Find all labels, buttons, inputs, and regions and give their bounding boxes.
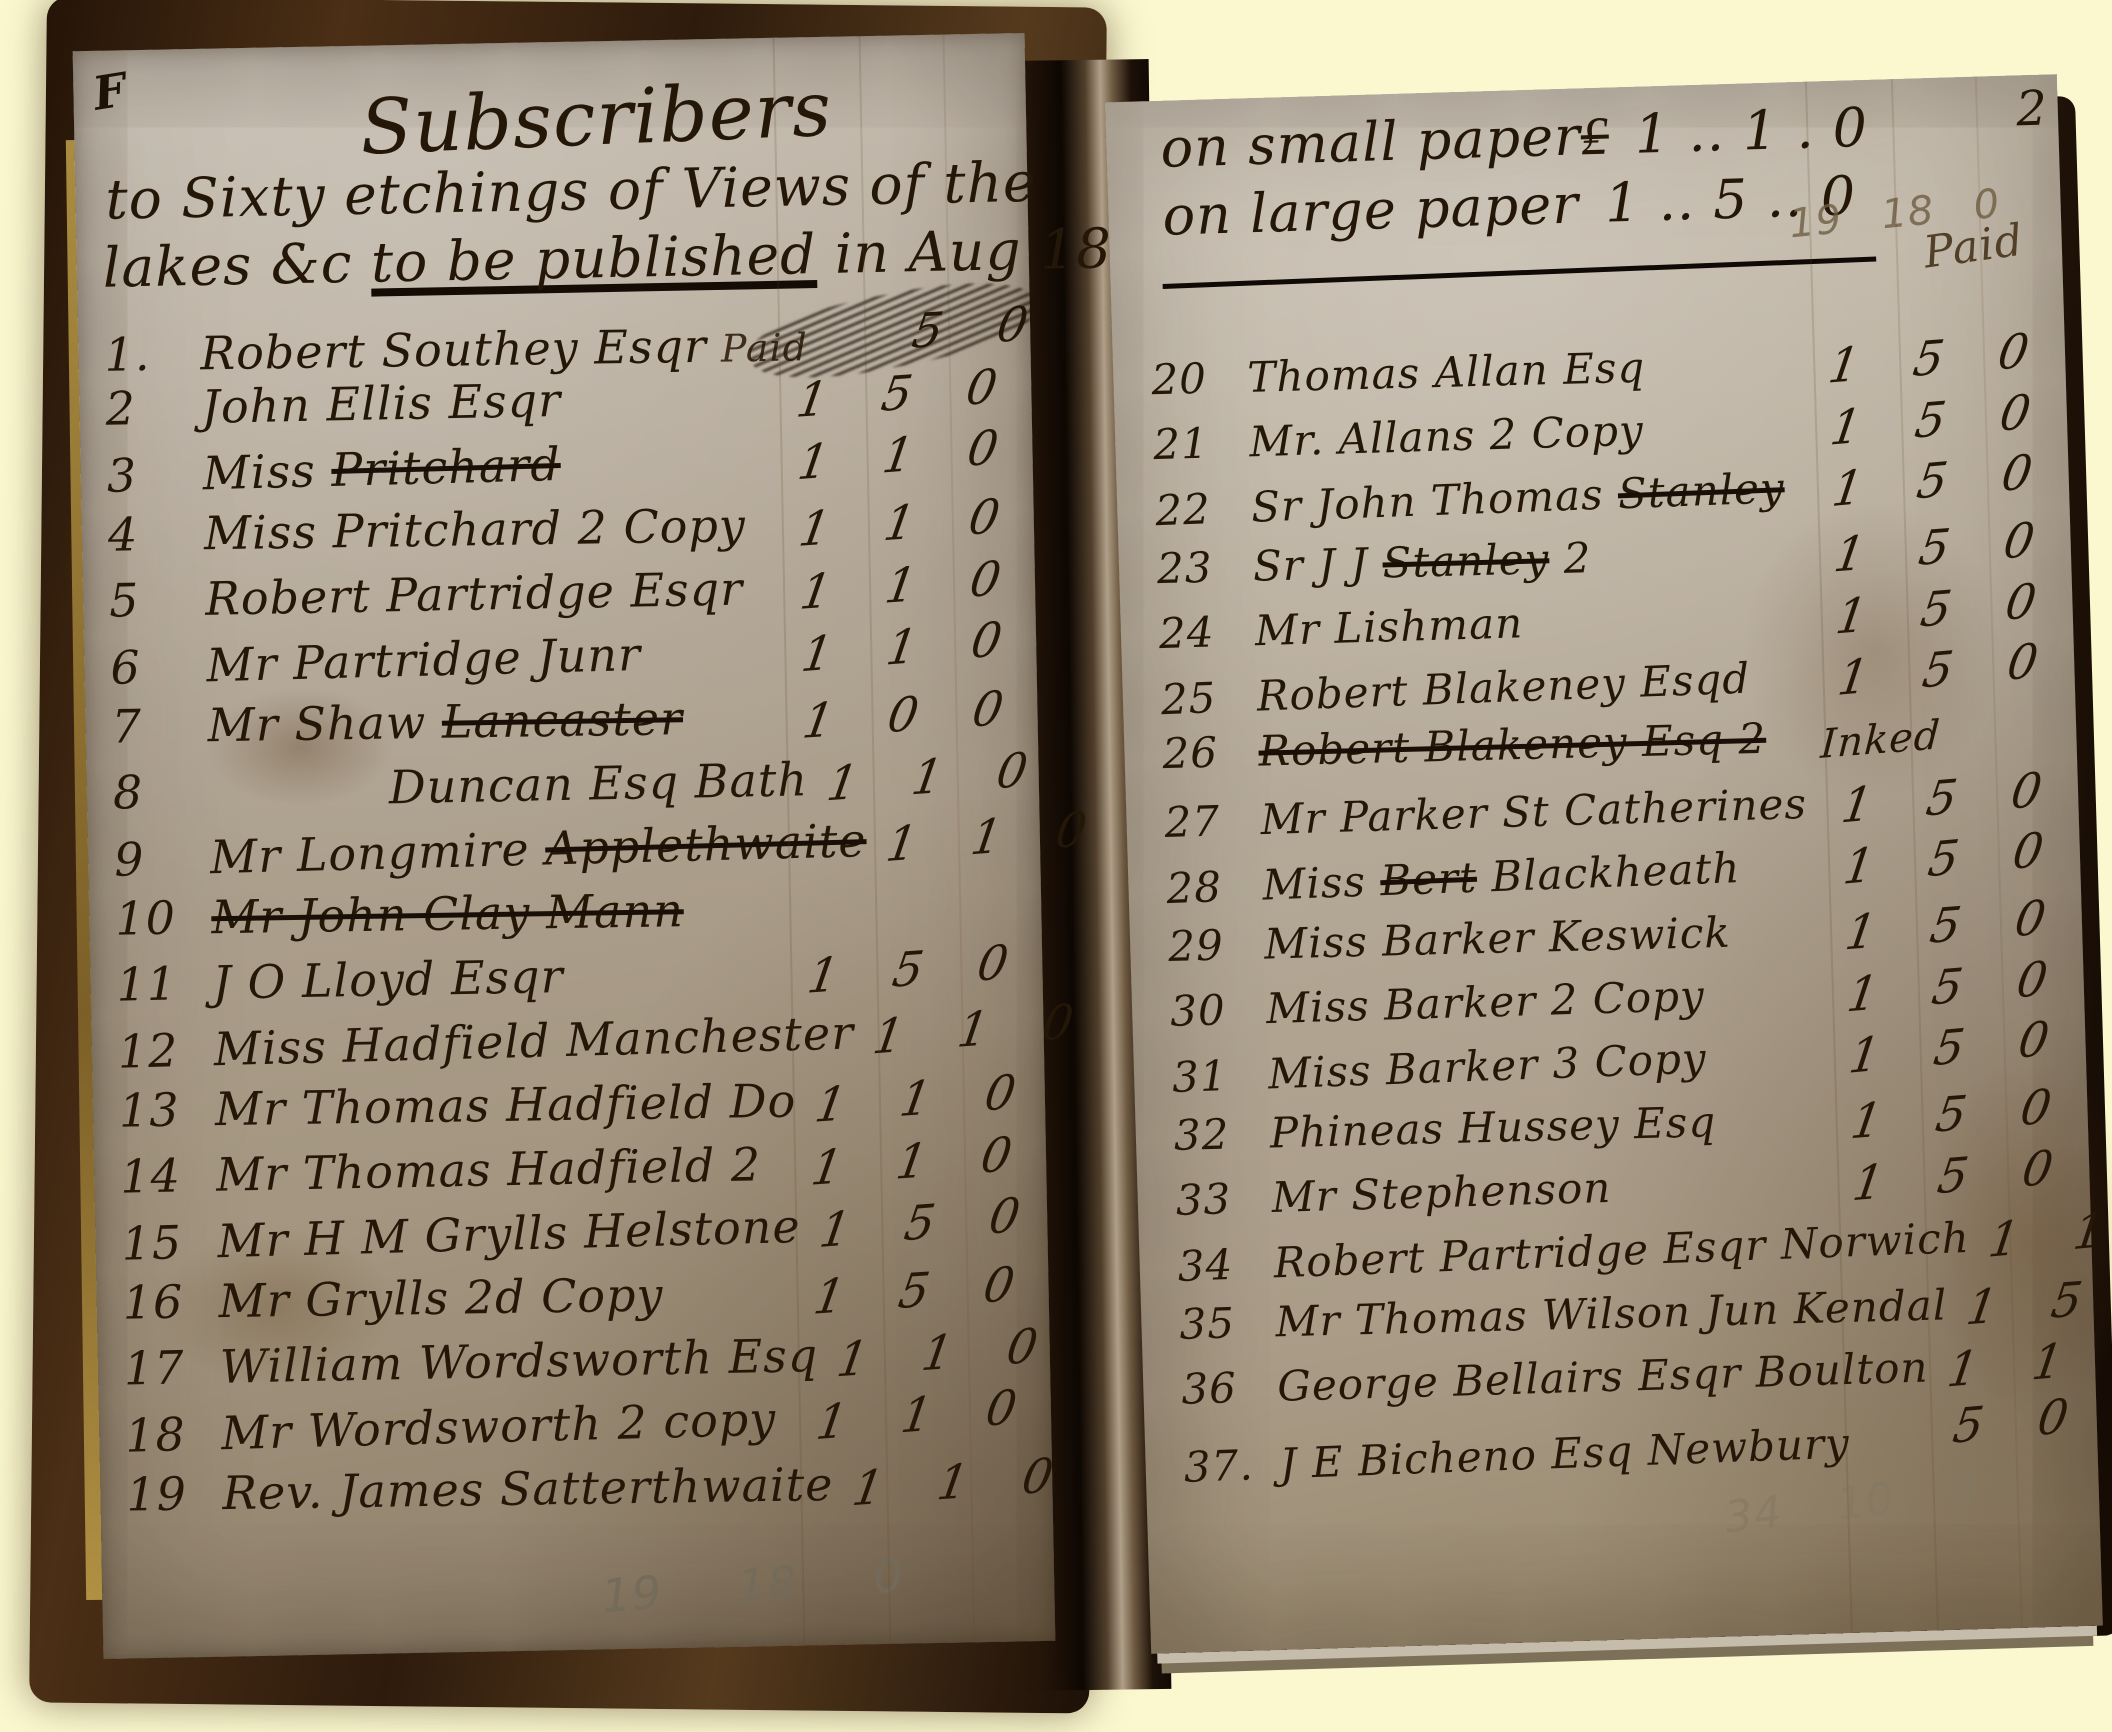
name-text: Miss Pritchard 2 Copy bbox=[204, 498, 747, 560]
subscriber-name: Duncan Esq Bath bbox=[208, 753, 808, 818]
amount-digit: 0 bbox=[949, 680, 1028, 740]
amount-digit: 0 bbox=[2015, 1387, 2092, 1449]
amount-digit: 0 bbox=[999, 1447, 1078, 1507]
entry-number: 27 bbox=[1164, 795, 1261, 847]
amount-digit: 5 bbox=[1913, 1084, 1991, 1145]
entry-amount: 110 bbox=[832, 1448, 1075, 1519]
amount-digit: 0 bbox=[954, 934, 1033, 995]
price-value: 1 .. 1 . 0 bbox=[1634, 96, 1869, 166]
amount-digit: 0 bbox=[973, 741, 1052, 802]
entry-number: 11 bbox=[116, 956, 213, 1012]
amount-digit: 1 bbox=[935, 999, 1013, 1060]
amount-digit: 0 bbox=[1980, 511, 2058, 572]
amount-digit: 1 bbox=[877, 1069, 956, 1129]
name-text-struck: Applethwaite bbox=[545, 813, 868, 875]
name-text: J O Lloyd Esqr bbox=[212, 949, 564, 1010]
amount-digit: 0 bbox=[1992, 889, 2070, 950]
name-text: 2 bbox=[1549, 533, 1592, 583]
subscriber-name: Mr Grylls 2d Copy bbox=[218, 1266, 795, 1329]
amount-digit bbox=[1846, 1402, 1923, 1464]
amount-digit: 5 bbox=[1907, 895, 1985, 956]
entry-amount: Inked bbox=[1819, 703, 2062, 767]
entry-number: 21 bbox=[1153, 417, 1250, 469]
entry-number: 7 bbox=[111, 699, 208, 754]
entry-amount: 50 bbox=[806, 296, 1049, 367]
name-text-struck: Lancaster bbox=[442, 691, 684, 749]
entry-number: 36 bbox=[1181, 1362, 1278, 1414]
amount-digit: 1 bbox=[1819, 775, 1897, 837]
amount-digit: 1 bbox=[790, 1267, 869, 1327]
entry-number: 30 bbox=[1169, 984, 1266, 1036]
name-text-struck: Mr John Clay Mann bbox=[211, 883, 684, 944]
amount-digit: 5 bbox=[1911, 1017, 1988, 1079]
subscriber-name: Mr Stephenson bbox=[1271, 1156, 1834, 1222]
ledger-entry: 19Rev. James Satterthwaite110 bbox=[126, 1454, 1039, 1532]
amount-digit: 5 bbox=[1930, 1394, 2007, 1456]
amount-digit: 1 bbox=[1811, 524, 1889, 585]
entry-amount: 110 bbox=[778, 488, 1021, 559]
name-text: Miss Barker 2 Copy bbox=[1265, 971, 1705, 1033]
entry-number: 29 bbox=[1168, 920, 1265, 971]
amount-digit: 1 bbox=[776, 499, 855, 559]
amount-digit: 0 bbox=[945, 488, 1024, 548]
amount-digit: 0 bbox=[958, 1126, 1037, 1187]
amount-digit: 0 bbox=[948, 611, 1026, 672]
amount-digit: 5 bbox=[869, 940, 948, 1001]
entry-number: 3 bbox=[106, 447, 203, 503]
amount-digit: 5 bbox=[1909, 957, 1987, 1019]
entry-amount: 150 bbox=[799, 1187, 1043, 1261]
amount-digit: 5 bbox=[1905, 828, 1982, 890]
amount-digit: 0 bbox=[1997, 1078, 2075, 1139]
amount-digit: 1 bbox=[2009, 1332, 2087, 1394]
subscriber-name: Phineas Hussey Esq bbox=[1269, 1094, 1832, 1157]
amount-digit: 1 bbox=[779, 691, 858, 751]
amount-digit: 1 bbox=[850, 1006, 928, 1067]
name-text: Mr Stephenson bbox=[1271, 1163, 1612, 1222]
subscriber-name: Robert Southey EsqrPaid bbox=[200, 318, 808, 381]
name-text: Miss bbox=[1262, 856, 1382, 909]
subscriber-name: Mr. Allans 2 Copy bbox=[1249, 401, 1812, 467]
amount-digit: 0 bbox=[1988, 761, 2066, 823]
entry-amount: 150 bbox=[1945, 1264, 2112, 1337]
amount-digit: 0 bbox=[1977, 383, 2055, 445]
subscriber-name: Miss Pritchard 2 Copy bbox=[204, 498, 781, 561]
amount-digit: 1 bbox=[792, 1075, 871, 1135]
amount-digit: 1 bbox=[899, 1323, 978, 1384]
subscriber-name: Miss Barker 2 Copy bbox=[1265, 967, 1828, 1033]
amount-digit: 5 bbox=[888, 301, 967, 361]
name-text: Miss Barker 3 Copy bbox=[1267, 1033, 1707, 1098]
entry-number: 18 bbox=[125, 1406, 222, 1462]
amount-digit: 1 bbox=[1826, 1025, 1903, 1087]
entry-number: 26 bbox=[1162, 727, 1259, 778]
amount-digit: 1 bbox=[860, 493, 939, 553]
name-text-struck: Pritchard bbox=[331, 437, 562, 497]
amount-digit: 1 bbox=[863, 814, 941, 875]
amount-digit: 0 bbox=[984, 1317, 1063, 1378]
entry-amount: 150 bbox=[1824, 889, 2068, 962]
subscriber-name: Mr Thomas Hadfield Do bbox=[215, 1074, 797, 1137]
entry-amount: 110 bbox=[777, 419, 1021, 493]
amount-digit: 1 bbox=[2051, 1201, 2112, 1263]
amount-digit: 5 bbox=[1898, 579, 1976, 641]
subscriber-name: Thomas Allan Esq bbox=[1247, 339, 1810, 402]
amount-digit: 1 bbox=[1821, 836, 1898, 898]
amount-digit: 0 bbox=[1994, 950, 2072, 1012]
subscriber-name: Mr Thomas Wilson Jun Kendal bbox=[1275, 1280, 1948, 1346]
name-text: Thomas Allan Esq bbox=[1247, 343, 1646, 402]
amount-digit: 0 bbox=[973, 295, 1052, 355]
entry-number: 23 bbox=[1156, 542, 1253, 593]
entry-number: 13 bbox=[119, 1082, 216, 1137]
amount-digit: 1 bbox=[797, 1200, 875, 1261]
entry-amount: 110 bbox=[780, 611, 1024, 685]
amount-digit: 1 bbox=[784, 946, 863, 1007]
amount-digit: 5 bbox=[1903, 768, 1981, 830]
amount-digit: 1 bbox=[863, 617, 941, 678]
amount-digit: 5 bbox=[1900, 639, 1977, 701]
amount-digit: 1 bbox=[859, 425, 937, 486]
amount-digit: 0 bbox=[960, 1256, 1039, 1316]
price-label: on small paper bbox=[1160, 104, 1582, 179]
subscriber-name: Mr Shaw Lancaster bbox=[207, 690, 784, 753]
amount-digit: 1 bbox=[1815, 647, 1892, 709]
amount-digit: 5 bbox=[1914, 1145, 1992, 1207]
name-text: Robert Blakeney Esqd bbox=[1256, 654, 1751, 721]
entry-amount bbox=[788, 915, 1027, 931]
entry-number: 8 bbox=[112, 764, 209, 820]
entry-number: 17 bbox=[123, 1340, 220, 1396]
amount-digit: 0 bbox=[1975, 322, 2053, 383]
amount-digit: 0 bbox=[966, 1186, 1044, 1247]
amount-digit: 5 bbox=[875, 1261, 954, 1321]
entry-number: 37. bbox=[1183, 1439, 1281, 1491]
amount-digit: 5 bbox=[1890, 328, 1968, 389]
amount-digit: 1 bbox=[1805, 335, 1883, 396]
amount-digit: 1 bbox=[778, 624, 856, 685]
name-text: Duncan Esq Bath bbox=[388, 753, 808, 815]
entry-note: Inked bbox=[1819, 712, 1942, 768]
corner-mark: F bbox=[89, 62, 131, 121]
name-text: Mr Thomas Hadfield Do bbox=[215, 1074, 797, 1137]
subscriber-name: J E Bicheno Esq Newbury bbox=[1279, 1418, 1851, 1488]
amount-digit: 5 bbox=[2028, 1270, 2106, 1331]
amount-digit: 0 bbox=[1032, 800, 1110, 861]
amount-digit: 1 bbox=[1943, 1277, 2021, 1338]
subscriber-list-left: 1.Robert Southey EsqrPaid502John Ellis E… bbox=[104, 300, 1039, 1533]
title-line-3: lakes &c to be published in Aug 1814 bbox=[102, 218, 1015, 302]
amount-digit: 1 bbox=[1824, 964, 1902, 1026]
entry-number: 6 bbox=[110, 639, 207, 695]
name-text: Mr Grylls 2d Copy bbox=[218, 1268, 664, 1329]
name-text: Blackheath bbox=[1476, 843, 1741, 902]
entry-number: 24 bbox=[1158, 606, 1255, 658]
amount-digit: 5 bbox=[1896, 517, 1974, 578]
subscriber-name: Miss Barker Keswick bbox=[1264, 905, 1827, 968]
title-line-3b-underlined: to be published bbox=[370, 228, 816, 297]
amount-digit: 1 bbox=[1813, 586, 1891, 648]
entry-number: 25 bbox=[1160, 672, 1258, 724]
title-line-3a: lakes &c bbox=[102, 231, 371, 300]
name-text: William Wordsworth Esq bbox=[219, 1328, 818, 1393]
entry-number: 28 bbox=[1166, 861, 1264, 913]
page-number: 2 bbox=[2015, 81, 2048, 138]
amount-digit: 0 bbox=[943, 358, 1022, 419]
entry-number: 31 bbox=[1171, 1050, 1269, 1102]
amount-digit: 1 bbox=[788, 1138, 867, 1199]
name-text-struck: Stanley bbox=[1617, 463, 1785, 518]
amount-digit: 0 bbox=[1999, 1139, 2077, 1201]
crossed-pound-sign: ₤ bbox=[1580, 104, 1610, 168]
amount-digit: 0 bbox=[1984, 632, 2061, 694]
amount-digit: 5 bbox=[1892, 390, 1970, 452]
amount-digit: 1 bbox=[947, 807, 1025, 868]
entry-number: 4 bbox=[108, 507, 205, 562]
entry-number: 16 bbox=[122, 1274, 219, 1329]
entry-number: 1. bbox=[104, 327, 201, 382]
subscriber-name: Mr Parker St Catherines bbox=[1260, 779, 1823, 845]
amount-digit: 0 bbox=[1982, 572, 2060, 634]
name-text: Mr Thomas Hadfield 2 bbox=[216, 1138, 762, 1202]
amount-digit: 0 bbox=[864, 685, 943, 745]
name-text-struck: Stanley bbox=[1382, 534, 1550, 587]
photo-of-open-subscription-ledger: F Subscribers to Sixty etchings of Views… bbox=[0, 0, 2112, 1732]
entry-amount: 150 bbox=[1807, 322, 2051, 395]
entry-amount: 150 bbox=[1830, 1078, 2074, 1151]
entry-number: 22 bbox=[1154, 483, 1252, 535]
amount-digit: 0 bbox=[944, 419, 1022, 480]
amount-digit: 1 bbox=[862, 556, 941, 617]
name-text: Sr John Thomas bbox=[1250, 469, 1618, 531]
subscriber-list-right: 20Thomas Allan Esq15021Mr. Allans 2 Copy… bbox=[1151, 327, 2082, 1487]
amount-digit: 1 bbox=[873, 1132, 952, 1193]
amount-digit: 0 bbox=[1979, 443, 2056, 505]
amount-digit: 1 bbox=[1966, 1209, 2043, 1271]
amount-digit: 1 bbox=[889, 747, 968, 808]
entry-number: 9 bbox=[113, 831, 210, 887]
name-text: Robert Southey Esqr bbox=[200, 319, 707, 381]
amount-digit: 1 bbox=[775, 432, 853, 493]
entry-amount: 110 bbox=[795, 1379, 1039, 1453]
subscriber-name: Mr Lishman bbox=[1254, 590, 1817, 656]
amount-digit: 0 bbox=[962, 1064, 1041, 1124]
name-text: J E Bicheno Esq Newbury bbox=[1279, 1418, 1851, 1488]
amount-digit: 1 bbox=[804, 753, 883, 814]
name-text: Sr J J bbox=[1252, 538, 1383, 590]
name-text: Phineas Hussey Esq bbox=[1269, 1097, 1717, 1157]
amount-digit: 5 bbox=[858, 364, 937, 425]
amount-digit: 1 bbox=[1822, 902, 1900, 963]
left-page: F Subscribers to Sixty etchings of Views… bbox=[73, 33, 1056, 1659]
subscriber-name: Mr John Clay Mann bbox=[211, 882, 788, 945]
subscriber-name: Mr Thomas Hadfield 2 bbox=[216, 1137, 793, 1202]
name-text: Mr Thomas Wilson Jun Kendal bbox=[1275, 1280, 1948, 1346]
subscriber-name: Robert Partridge Esqr bbox=[205, 561, 782, 626]
amount-digit: 1 bbox=[793, 1392, 871, 1453]
entry-number: 2 bbox=[105, 380, 202, 436]
amount-digit: 5 bbox=[881, 1193, 959, 1254]
amount-digit: 5 bbox=[1894, 450, 1971, 512]
entry-number: 14 bbox=[120, 1148, 217, 1204]
amount-digit: 1 bbox=[777, 562, 856, 623]
entry-number: 35 bbox=[1179, 1297, 1276, 1348]
amount-digit: 0 bbox=[1020, 993, 1098, 1054]
entry-number: 5 bbox=[109, 572, 206, 628]
right-page: 2 on small paper₤1 .. 1 . 0 on large pap… bbox=[1105, 74, 2103, 1654]
amount-digit: 1 bbox=[1807, 397, 1885, 459]
name-text: Mr Parker St Catherines bbox=[1260, 779, 1808, 844]
name-text: Mr Longmire bbox=[209, 822, 546, 885]
entry-number: 12 bbox=[117, 1023, 214, 1079]
name-text: John Ellis Esqr bbox=[201, 373, 562, 434]
amount-digit: 0 bbox=[947, 550, 1026, 611]
price-label: on large paper bbox=[1162, 172, 1580, 247]
pencil-total-left: 19 18 0 bbox=[600, 1548, 906, 1623]
pencil-total-right: 34 10 0 bbox=[1722, 1463, 1981, 1543]
amount-digit: 0 bbox=[1990, 820, 2067, 882]
amount-digit: 0 bbox=[963, 1378, 1041, 1439]
entry-number: 15 bbox=[121, 1214, 218, 1270]
amount-digit: 1 bbox=[1925, 1339, 2003, 1401]
entry-number: 32 bbox=[1173, 1108, 1270, 1159]
entry-amount: 100 bbox=[782, 680, 1025, 751]
amount-digit: 1 bbox=[814, 1329, 893, 1390]
entry-amount: 150 bbox=[1813, 511, 2057, 584]
name-text-struck: Bert bbox=[1379, 853, 1477, 906]
name-text: Miss bbox=[202, 443, 332, 500]
amount-digit: 1 bbox=[829, 1459, 908, 1519]
entry-number: 34 bbox=[1177, 1238, 1275, 1290]
entry-amount: 110 bbox=[795, 1064, 1038, 1135]
entry-number: 20 bbox=[1151, 353, 1248, 404]
name-text: Rev. James Satterthwaite bbox=[222, 1457, 834, 1520]
name-text: Mr Partridge Junr bbox=[206, 627, 642, 692]
amount-digit: 1 bbox=[878, 1385, 956, 1446]
name-text: Mr Lishman bbox=[1254, 598, 1524, 655]
name-text: Mr. Allans 2 Copy bbox=[1249, 406, 1645, 467]
amount-digit: 1 bbox=[914, 1453, 993, 1513]
amount-digit bbox=[803, 307, 882, 367]
subscriber-name: Rev. James Satterthwaite bbox=[222, 1457, 834, 1520]
entry-amount: 150 bbox=[793, 1256, 1036, 1327]
entry-number: 19 bbox=[126, 1466, 223, 1521]
amount-digit: 1 bbox=[773, 370, 852, 431]
name-text: Robert Partridge Esqr bbox=[205, 562, 744, 626]
entry-number: 10 bbox=[115, 890, 212, 945]
subscriber-name: J O Lloyd Esqr bbox=[212, 945, 789, 1010]
amount-digit: 1 bbox=[1809, 458, 1886, 520]
amount-digit: 0 bbox=[2094, 1325, 2112, 1387]
name-text: Miss Barker Keswick bbox=[1264, 908, 1732, 969]
amount-digit: 1 bbox=[1830, 1152, 1908, 1214]
amount-digit: 1 bbox=[1828, 1091, 1906, 1152]
name-text: Mr Shaw bbox=[207, 695, 442, 752]
subscriber-name: William Wordsworth Esq bbox=[219, 1328, 818, 1393]
amount-digit: 0 bbox=[1995, 1009, 2072, 1071]
subscriber-name: Sr J J Stanley 2 bbox=[1252, 528, 1815, 591]
entry-number: 33 bbox=[1175, 1173, 1272, 1225]
